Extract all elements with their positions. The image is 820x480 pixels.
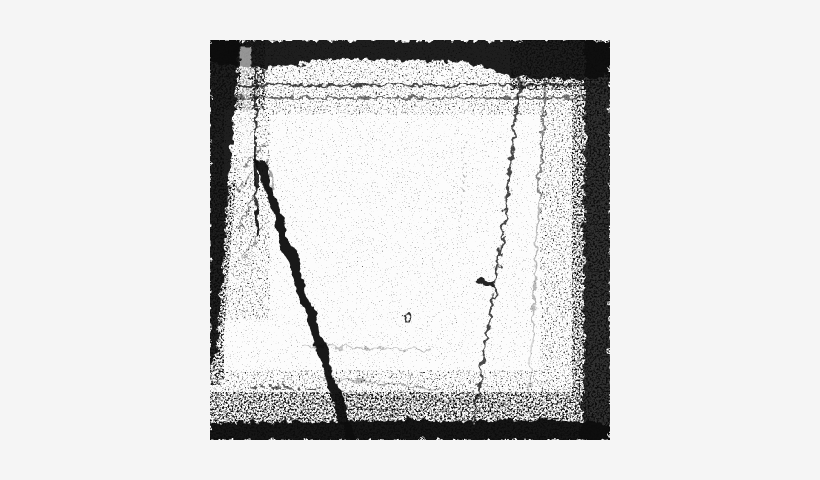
- page: { "page": { "background_color": "#f5f5f5…: [0, 0, 820, 480]
- grunge-texture-image: [210, 40, 610, 440]
- bottom-border: [210, 419, 610, 440]
- page-background: [0, 0, 820, 480]
- grunge-frame-graphic: [210, 40, 610, 440]
